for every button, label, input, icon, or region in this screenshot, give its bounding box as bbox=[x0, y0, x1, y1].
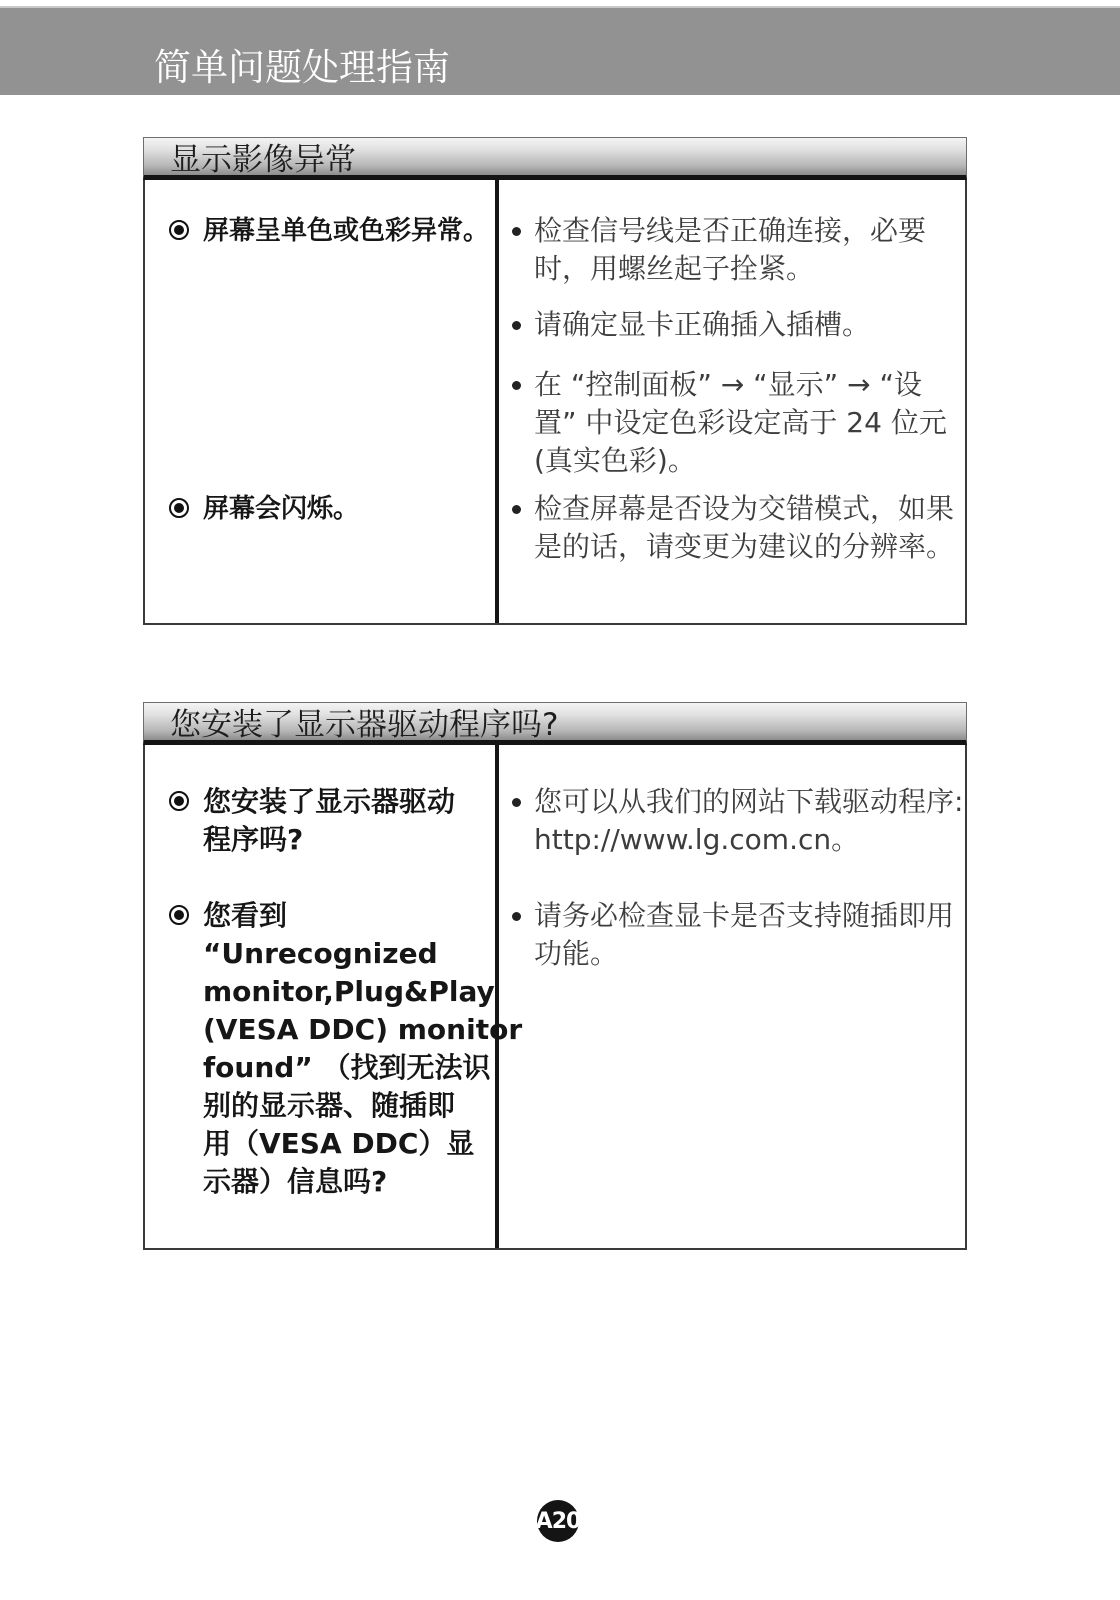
solution-item: 您可以从我们的网站下载驱动程序: http://www.lg.com.cn。 bbox=[512, 783, 963, 859]
section-title: 您安装了显示器驱动程序吗? bbox=[170, 699, 558, 744]
dot-bullet-icon bbox=[512, 798, 521, 807]
section-title-bar: 显示影像异常 bbox=[143, 137, 967, 180]
solution-text: 请确定显卡正确插入插槽。 bbox=[534, 306, 870, 344]
text-line: http://www.lg.com.cn。 bbox=[534, 821, 963, 859]
problem-text: 屏幕会闪烁。 bbox=[203, 490, 359, 528]
text-line: 是的话，请变更为建议的分辨率。 bbox=[534, 528, 954, 566]
page-number: A20 bbox=[536, 1509, 581, 1534]
fisheye-bullet-icon bbox=[169, 498, 189, 518]
solution-text: 检查信号线是否正确连接，必要 时，用螺丝起子拴紧。 bbox=[534, 212, 926, 288]
text-line: 功能。 bbox=[534, 935, 954, 973]
dot-bullet-icon bbox=[512, 321, 521, 330]
fisheye-bullet-icon bbox=[169, 791, 189, 811]
problem-item: 您安装了显示器驱动 程序吗? bbox=[169, 783, 455, 859]
text-line: 您安装了显示器驱动 bbox=[203, 783, 455, 821]
text-line: 置” 中设定色彩设定高于 24 位元 bbox=[534, 404, 947, 442]
text-line: found” （找到无法识 bbox=[203, 1049, 522, 1087]
dot-bullet-icon bbox=[512, 912, 521, 921]
solution-text: 请务必检查显卡是否支持随插即用 功能。 bbox=[534, 897, 954, 973]
column-divider bbox=[495, 180, 499, 623]
section-display-image-abnormal: 显示影像异常 屏幕呈单色或色彩异常。 屏幕会闪烁。 检查信号线是否正确连接，必要… bbox=[143, 137, 967, 625]
text-line: 检查屏幕是否设为交错模式，如果 bbox=[534, 490, 954, 528]
text-line: 请务必检查显卡是否支持随插即用 bbox=[534, 897, 954, 935]
solution-item: 检查屏幕是否设为交错模式，如果 是的话，请变更为建议的分辨率。 bbox=[512, 490, 954, 566]
text-line: 屏幕呈单色或色彩异常。 bbox=[203, 212, 489, 250]
fisheye-bullet-icon bbox=[169, 905, 189, 925]
text-line: 您可以从我们的网站下载驱动程序: bbox=[534, 783, 963, 821]
text-line: (真实色彩)。 bbox=[534, 442, 947, 480]
solution-text: 检查屏幕是否设为交错模式，如果 是的话，请变更为建议的分辨率。 bbox=[534, 490, 954, 566]
text-line: 别的显示器、随插即 bbox=[203, 1087, 522, 1125]
solution-item: 检查信号线是否正确连接，必要 时，用螺丝起子拴紧。 bbox=[512, 212, 926, 288]
text-line: “Unrecognized bbox=[203, 935, 522, 973]
problem-text: 屏幕呈单色或色彩异常。 bbox=[203, 212, 489, 250]
page-title: 简单问题处理指南 bbox=[154, 48, 450, 88]
text-line: 您看到 bbox=[203, 897, 522, 935]
problem-item: 屏幕会闪烁。 bbox=[169, 490, 359, 528]
problem-text: 您看到 “Unrecognized monitor,Plug&Play (VES… bbox=[203, 897, 522, 1201]
text-line: 请确定显卡正确插入插槽。 bbox=[534, 306, 870, 344]
solution-item: 在 “控制面板” → “显示” → “设 置” 中设定色彩设定高于 24 位元 … bbox=[512, 366, 947, 480]
section-title: 显示影像异常 bbox=[170, 134, 356, 179]
text-line: 在 “控制面板” → “显示” → “设 bbox=[534, 366, 947, 404]
text-line: (VESA DDC) monitor bbox=[203, 1011, 522, 1049]
section-body: 您安装了显示器驱动 程序吗? 您看到 “Unrecognized monitor… bbox=[143, 745, 967, 1250]
dot-bullet-icon bbox=[512, 505, 521, 514]
section-title-bar: 您安装了显示器驱动程序吗? bbox=[143, 702, 967, 745]
text-line: monitor,Plug&Play bbox=[203, 973, 522, 1011]
problem-item: 您看到 “Unrecognized monitor,Plug&Play (VES… bbox=[169, 897, 522, 1201]
section-body: 屏幕呈单色或色彩异常。 屏幕会闪烁。 检查信号线是否正确连接，必要 时，用螺丝起… bbox=[143, 180, 967, 625]
problem-item: 屏幕呈单色或色彩异常。 bbox=[169, 212, 489, 250]
page-header-band: 简单问题处理指南 bbox=[0, 6, 1120, 95]
solution-text: 在 “控制面板” → “显示” → “设 置” 中设定色彩设定高于 24 位元 … bbox=[534, 366, 947, 480]
solution-item: 请确定显卡正确插入插槽。 bbox=[512, 306, 870, 344]
text-line: 时，用螺丝起子拴紧。 bbox=[534, 250, 926, 288]
fisheye-bullet-icon bbox=[169, 220, 189, 240]
section-driver-installed: 您安装了显示器驱动程序吗? 您安装了显示器驱动 程序吗? 您看到 “Unreco… bbox=[143, 702, 967, 1250]
problem-text: 您安装了显示器驱动 程序吗? bbox=[203, 783, 455, 859]
dot-bullet-icon bbox=[512, 227, 521, 236]
text-line: 程序吗? bbox=[203, 821, 455, 859]
dot-bullet-icon bbox=[512, 381, 521, 390]
text-line: 用（VESA DDC）显 bbox=[203, 1125, 522, 1163]
solution-item: 请务必检查显卡是否支持随插即用 功能。 bbox=[512, 897, 954, 973]
text-line: 示器）信息吗? bbox=[203, 1163, 522, 1201]
text-line: 屏幕会闪烁。 bbox=[203, 490, 359, 528]
page-number-badge: A20 bbox=[537, 1500, 579, 1542]
solution-text: 您可以从我们的网站下载驱动程序: http://www.lg.com.cn。 bbox=[534, 783, 963, 859]
text-line: 检查信号线是否正确连接，必要 bbox=[534, 212, 926, 250]
